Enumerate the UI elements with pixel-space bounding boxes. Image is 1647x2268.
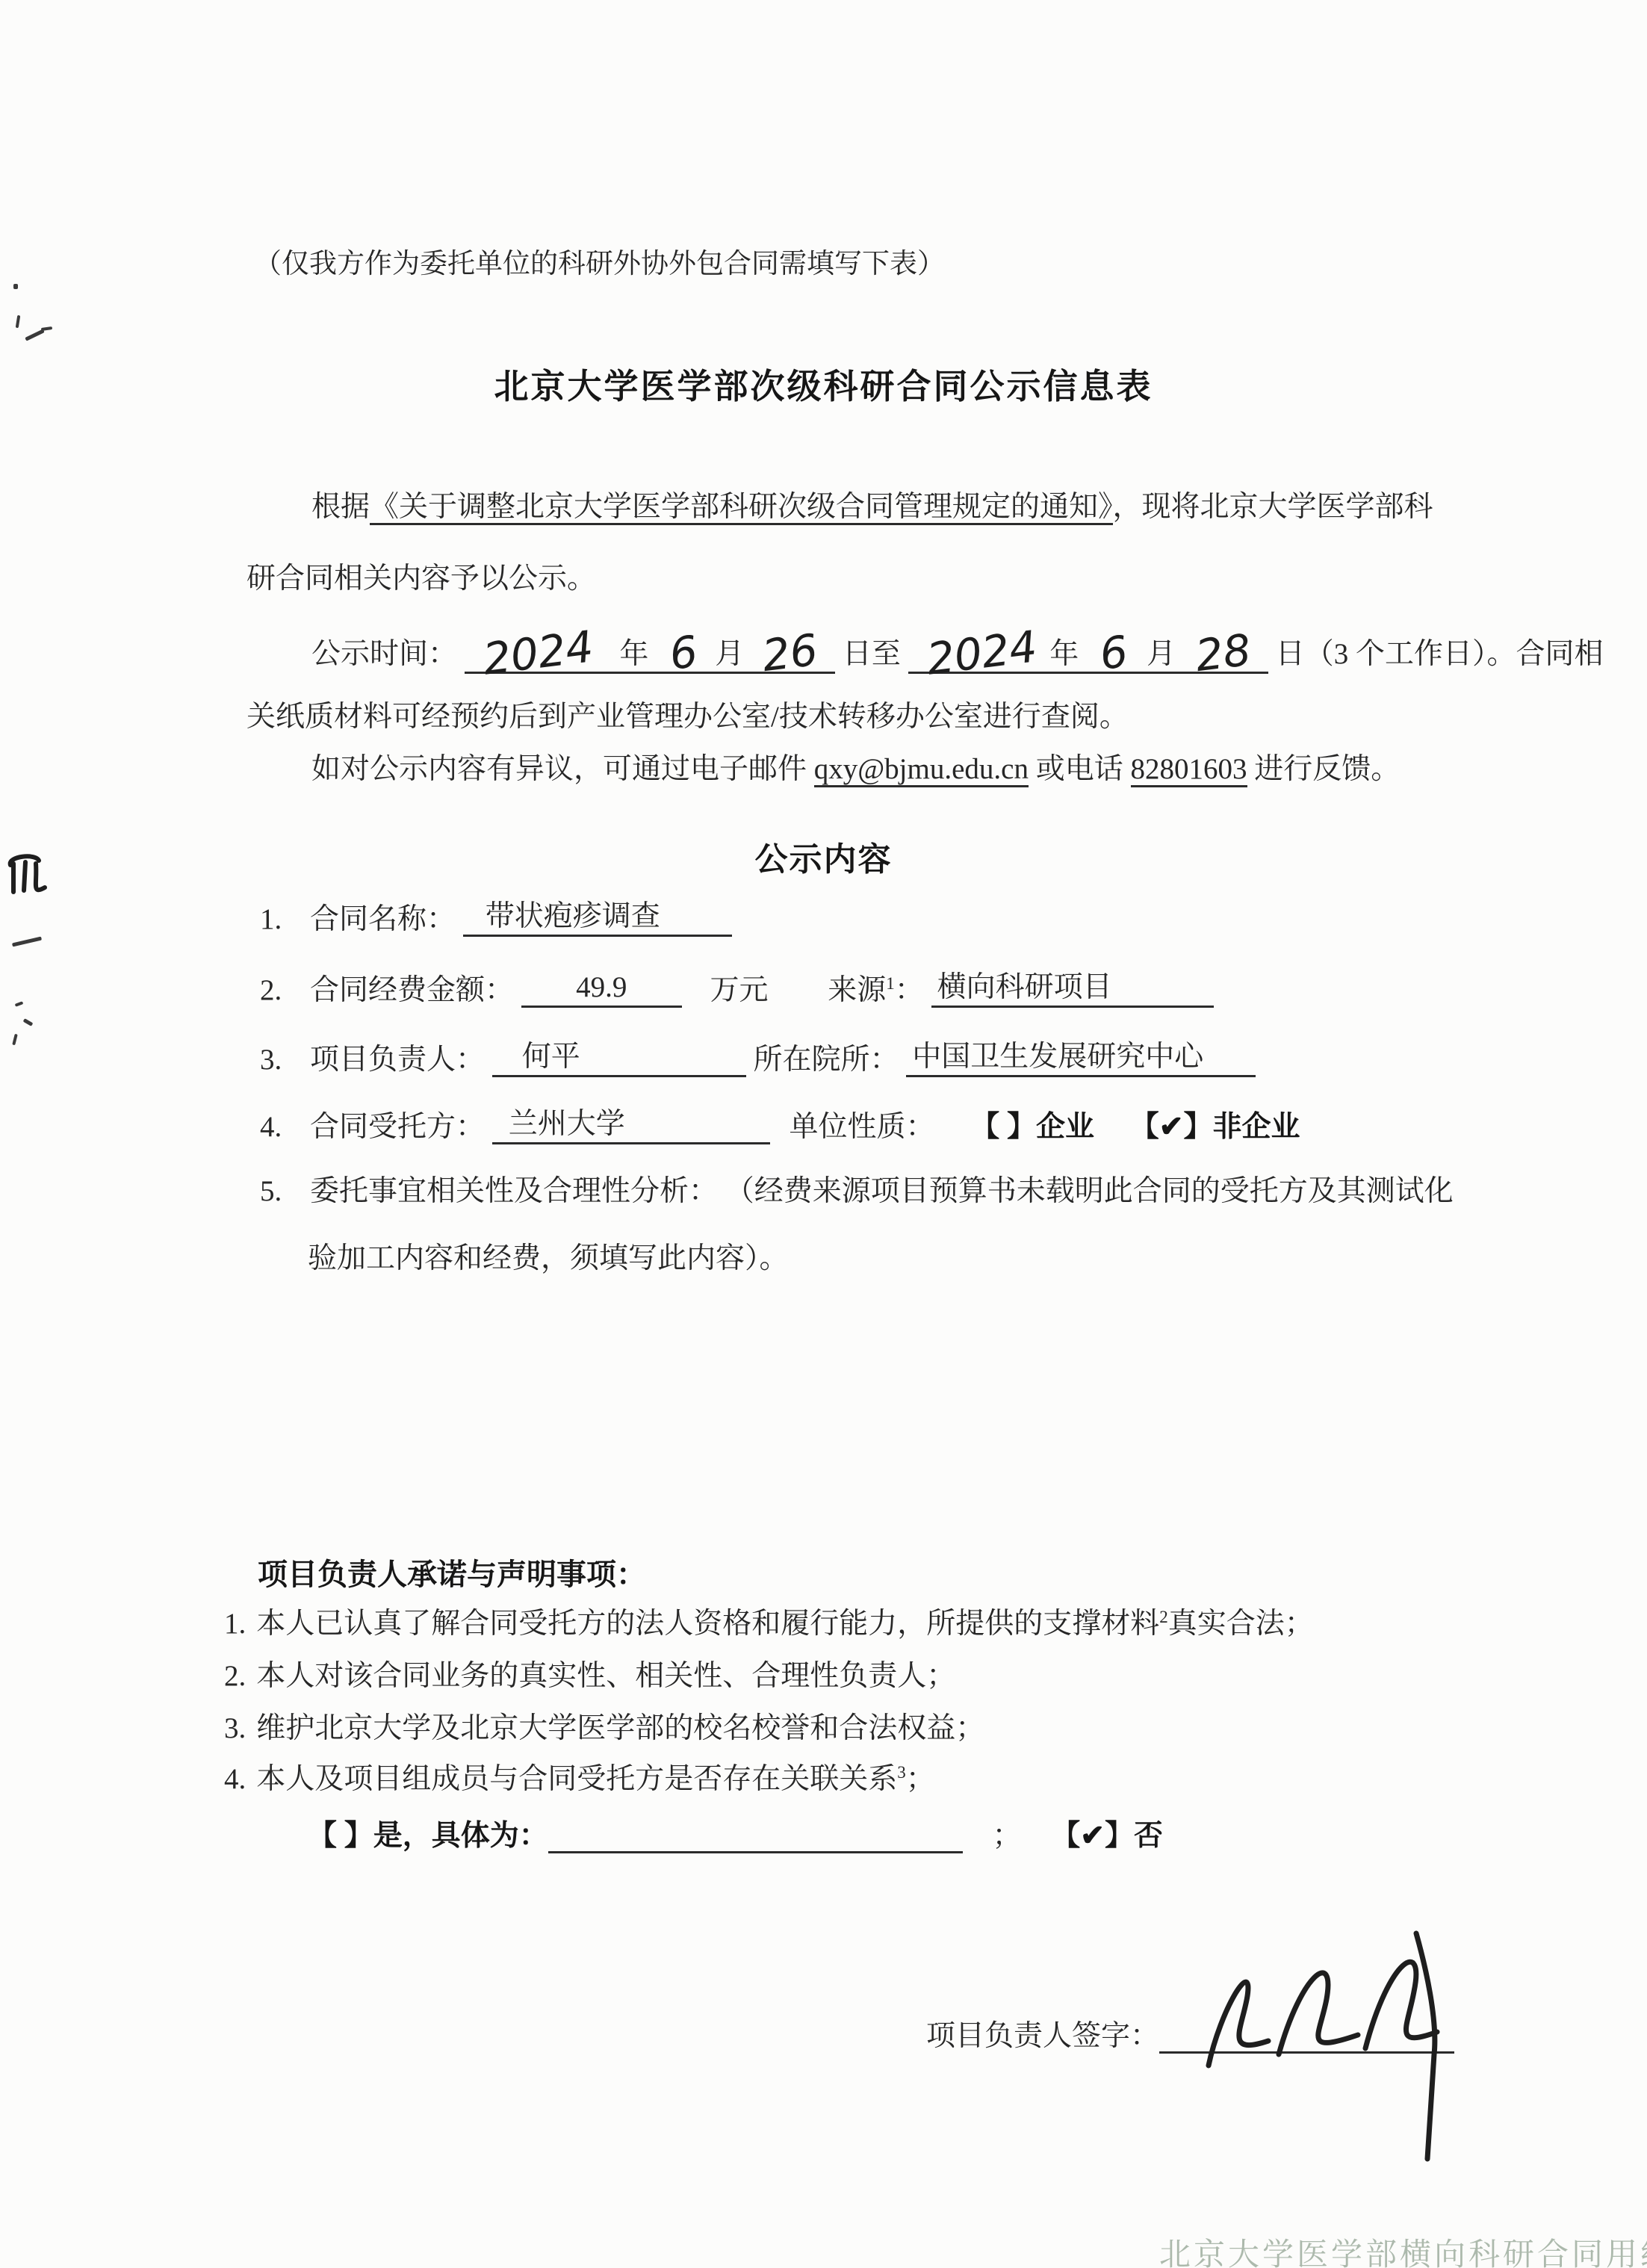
intro-line-1: 根据《关于调整北京大学医学部科研次级合同管理规定的通知》，现将北京大学医学部科 — [311, 491, 1433, 524]
year-unit-2: 年 — [1049, 638, 1079, 670]
intro-prefix: 根据 — [311, 491, 370, 523]
amount-unit: 万元 — [710, 974, 769, 1006]
item-analysis: 5. 委托事宜相关性及合理性分析： （经费来源项目预算书未载明此合同的受托方及其… — [260, 1175, 1454, 1209]
checkbox-yes: 【 】是，具体为： — [308, 1820, 548, 1852]
handwritten-month-start: 6 — [661, 633, 707, 673]
handwritten-day-end: 28 — [1186, 631, 1260, 674]
source-field: 横向科研项目 — [931, 971, 1214, 1008]
institute-field: 中国卫生发展研究中心 — [906, 1041, 1256, 1077]
item-label: 委托事宜相关性及合理性分析： — [310, 1175, 718, 1207]
declaration-item: 1.本人已认真了解合同受托方的法人资格和履行能力，所提供的支撑材料2真实合法； — [224, 1608, 1314, 1641]
feedback-prefix: 如对公示内容有异议，可通过电子邮件 — [311, 753, 814, 785]
period-to: 日至 — [843, 638, 901, 670]
item-label: 项目负责人： — [310, 1044, 485, 1076]
publicity-period-line: 公示时间： 2024年6月26 日至 2024年6月28 日（3 个工作日）。合… — [311, 631, 1604, 674]
checkbox-enterprise: 【 】企业 — [970, 1111, 1094, 1144]
pen-stroke — [16, 315, 21, 328]
scan-speck — [13, 284, 18, 289]
trustee-value: 兰州大学 — [509, 1108, 625, 1140]
pen-stroke — [12, 1034, 18, 1046]
footer-watermark: 北京大学医学部横向科研合同用纸 — [1159, 2237, 1647, 2268]
pen-stroke — [23, 1018, 34, 1026]
declaration-item: 3.维护北京大学及北京大学医学部的校名校誉和合法权益； — [224, 1712, 984, 1746]
footnote-marker-3: 3 — [897, 1763, 906, 1782]
item-number: 5. — [260, 1175, 282, 1209]
month-unit: 月 — [715, 638, 744, 670]
pen-stroke — [41, 326, 52, 331]
feedback-email: qxy@bjmu.edu.cn — [814, 753, 1029, 787]
feedback-middle: 或电话 — [1029, 753, 1131, 785]
scanned-form-page: （仅我方作为委托单位的科研外协外包合同需填写下表） 北京大学医学部次级科研合同公… — [0, 0, 1647, 2268]
contract-name-value: 带状疱疹调查 — [486, 900, 660, 932]
source-value: 横向科研项目 — [937, 971, 1112, 1003]
item-label: 合同经费金额： — [310, 974, 514, 1006]
amount-value: 49.9 — [576, 971, 627, 1003]
handwritten-year-end: 2024 — [917, 628, 1046, 678]
trustee-field: 兰州大学 — [492, 1108, 770, 1144]
handwritten-day-start: 26 — [754, 631, 828, 674]
item-number: 2. — [260, 974, 282, 1008]
feedback-phone: 82801603 — [1131, 753, 1247, 787]
analysis-text-1: （经费来源项目预算书未载明此合同的受托方及其测试化 — [725, 1175, 1454, 1207]
form-title: 北京大学医学部次级科研合同公示信息表 — [0, 368, 1647, 407]
intro-line-2: 研合同相关内容予以公示。 — [246, 563, 596, 596]
item-number: 3. — [260, 1044, 282, 1077]
handwritten-month-end: 6 — [1091, 633, 1137, 673]
intro-suffix: ，现将北京大学医学部科 — [1113, 491, 1433, 523]
contract-name-field: 带状疱疹调查 — [463, 900, 732, 937]
pen-stroke — [12, 937, 42, 947]
item-contract-amount: 2. 合同经费金额： 49.9 万元 来源1： 横向科研项目 — [260, 971, 1214, 1008]
item-number: 4. — [260, 1111, 282, 1144]
declaration-heading: 项目负责人承诺与声明事项： — [258, 1558, 646, 1592]
entity-type-label: 单位性质： — [790, 1111, 935, 1143]
declaration-item: 4.本人及项目组成员与合同受托方是否存在关联关系3； — [224, 1763, 935, 1797]
item-contract-trustee: 4. 合同受托方： 兰州大学 单位性质： 【 】企业 【✔】非企业 — [260, 1108, 1300, 1144]
period-start-group: 2024年6月26 — [465, 631, 835, 674]
item-contract-name: 1. 合同名称： 带状疱疹调查 — [260, 900, 732, 937]
feedback-line: 如对公示内容有异议，可通过电子邮件 qxy@bjmu.edu.cn 或电话 82… — [311, 753, 1400, 787]
item-number: 1. — [260, 903, 282, 937]
declaration-item: 2.本人对该合同业务的真实性、相关性、合理性负责人； — [224, 1660, 955, 1694]
signature-label: 项目负责人签字： — [926, 2020, 1159, 2052]
content-heading: 公示内容 — [0, 841, 1647, 879]
footnote-marker-1: 1 — [886, 974, 895, 993]
month-unit-2: 月 — [1147, 638, 1176, 670]
source-label: 来源1： — [828, 974, 924, 1006]
leader-value: 何平 — [522, 1041, 580, 1073]
year-unit: 年 — [619, 638, 648, 670]
checkbox-non-enterprise: 【✔】非企业 — [1130, 1111, 1300, 1144]
leader-field: 何平 — [492, 1041, 746, 1077]
item-project-leader: 3. 项目负责人： 何平 所在院所： 中国卫生发展研究中心 — [260, 1041, 1256, 1077]
period-label: 公示时间： — [311, 638, 457, 670]
item-label: 合同受托方： — [310, 1111, 485, 1143]
handwritten-year-start: 2024 — [474, 628, 602, 678]
item-label: 合同名称： — [310, 903, 456, 935]
analysis-text-2: 验加工内容和经费，须填写此内容）。 — [308, 1242, 789, 1276]
checkbox-no: 【✔】否 — [1051, 1820, 1163, 1852]
related-detail-blank — [548, 1817, 963, 1853]
amount-field: 49.9 — [521, 971, 682, 1008]
period-end-group: 2024年6月28 — [908, 631, 1268, 674]
related-separator: ； — [993, 1820, 1022, 1852]
related-relationship-line: 【 】是，具体为： ； 【✔】否 — [308, 1817, 1163, 1853]
publicity-period-line-2: 关纸质材料可经预约后到产业管理办公室/技术转移办公室进行查阅。 — [246, 701, 1129, 734]
feedback-suffix: 进行反馈。 — [1247, 753, 1401, 785]
top-note: （仅我方作为委托单位的科研外协外包合同需填写下表） — [254, 249, 945, 281]
handwritten-signature — [1188, 1912, 1471, 2166]
institute-value: 中国卫生发展研究中心 — [912, 1041, 1203, 1073]
notice-link: 《关于调整北京大学医学部科研次级合同管理规定的通知》 — [370, 491, 1113, 525]
institute-label: 所在院所： — [754, 1044, 899, 1076]
pen-stroke — [15, 1001, 24, 1007]
footnote-marker-2: 2 — [1159, 1608, 1168, 1626]
period-tail: 日（3 个工作日）。合同相 — [1276, 638, 1604, 670]
